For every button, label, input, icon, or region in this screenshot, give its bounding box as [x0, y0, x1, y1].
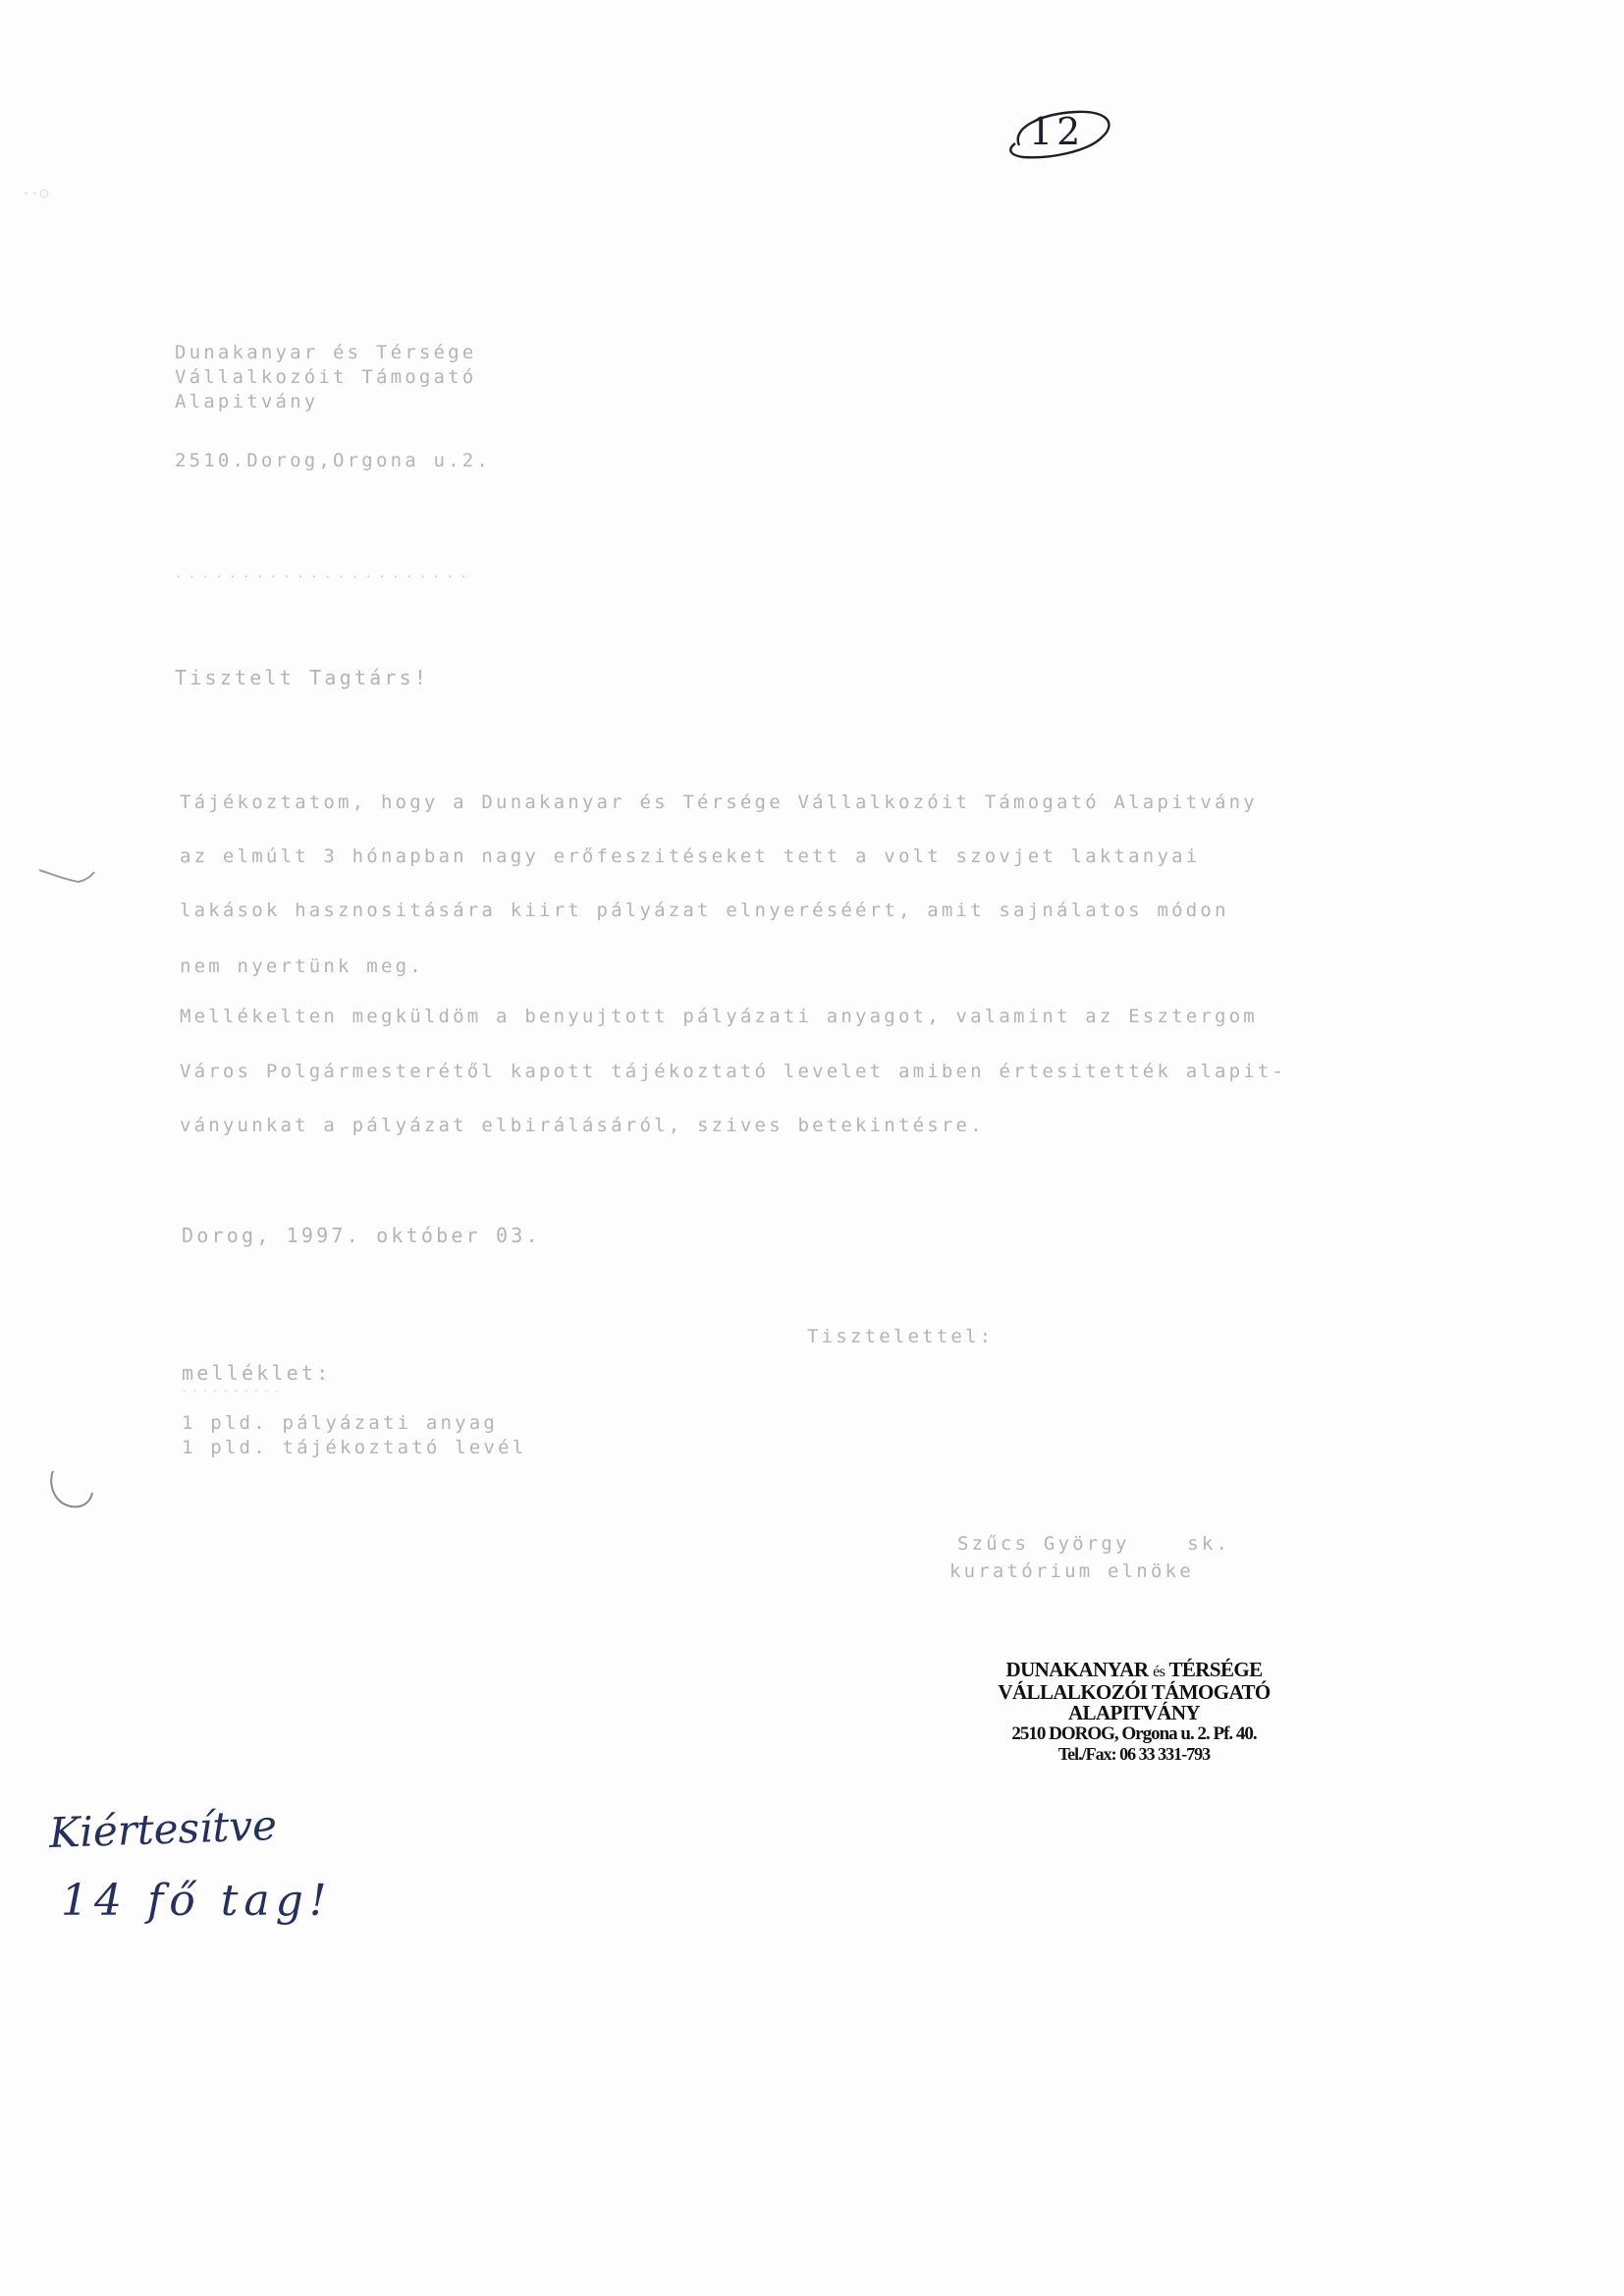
signatory-name: Szűcs György sk.	[957, 1535, 1230, 1554]
handwritten-note-line-2: 14 fő tag!	[61, 1876, 333, 1926]
stamp-phone: Tel./Fax: 06 33 331-793	[967, 1744, 1301, 1765]
stamp-address: 2510 DOROG, Orgona u. 2. Pf. 40.	[967, 1723, 1301, 1744]
attachments-heading: melléklet:	[182, 1363, 331, 1383]
margin-stroke-mark	[37, 864, 96, 888]
handwritten-note-line-1: Kiértesítve	[48, 1801, 278, 1857]
closing: Tisztelettel:	[807, 1328, 994, 1346]
sender-line-2: Vállalkozóit Támogató	[175, 368, 476, 387]
sender-line-3: Alapitvány	[175, 393, 318, 411]
scanned-letter-page: 12 --○ Dunakanyar és Térsége Vállalkozói…	[0, 0, 1624, 2296]
page-number-text: 12	[1029, 110, 1084, 153]
body-line: lakások hasznositására kiirt pályázat el…	[180, 902, 1229, 920]
sender-line-1: Dunakanyar és Térsége	[175, 344, 476, 362]
stamp-org-name-part: DUNAKANYAR	[1006, 1658, 1149, 1681]
date-line: Dorog, 1997. október 03.	[182, 1226, 541, 1245]
recipient-placeholder: ......................	[175, 568, 473, 579]
body-line: Tájékoztatom, hogy a Dunakanyar és Térsé…	[180, 793, 1258, 812]
salutation: Tisztelt Tagtárs!	[175, 668, 429, 687]
stamp-line-2: VÁLLALKOZÓI TÁMOGATÓ	[967, 1682, 1301, 1703]
body-line: ványunkat a pályázat elbirálásáról, sziv…	[180, 1117, 985, 1135]
attachment-item: 1 pld. pályázati anyag	[182, 1414, 498, 1433]
body-line: nem nyertünk meg.	[180, 957, 424, 976]
sender-address: 2510.Dorog,Orgona u.2.	[175, 452, 491, 470]
stamp-line-3: ALAPITVÁNY	[967, 1703, 1301, 1723]
stamp-org-name-part: és	[1153, 1664, 1164, 1680]
body-line: Mellékelten megküldöm a benyujtott pályá…	[180, 1008, 1258, 1026]
body-line: az elmúlt 3 hónapban nagy erőfeszitéseke…	[180, 847, 1200, 866]
margin-mark: --○	[22, 187, 49, 200]
body-line: Város Polgármesterétől kapott tájékoztat…	[180, 1063, 1286, 1081]
signatory-title: kuratórium elnöke	[949, 1562, 1194, 1581]
attachments-underline: ----------	[182, 1387, 284, 1396]
stamp-line-1: DUNAKANYAR és TÉRSÉGE	[967, 1660, 1301, 1682]
attachment-item: 1 pld. tájékoztató levél	[182, 1439, 526, 1457]
punch-hole-mark	[43, 1463, 102, 1522]
organization-stamp: DUNAKANYAR és TÉRSÉGE VÁLLALKOZÓI TÁMOGA…	[967, 1660, 1301, 1765]
stamp-org-name-part: TÉRSÉGE	[1168, 1658, 1262, 1681]
